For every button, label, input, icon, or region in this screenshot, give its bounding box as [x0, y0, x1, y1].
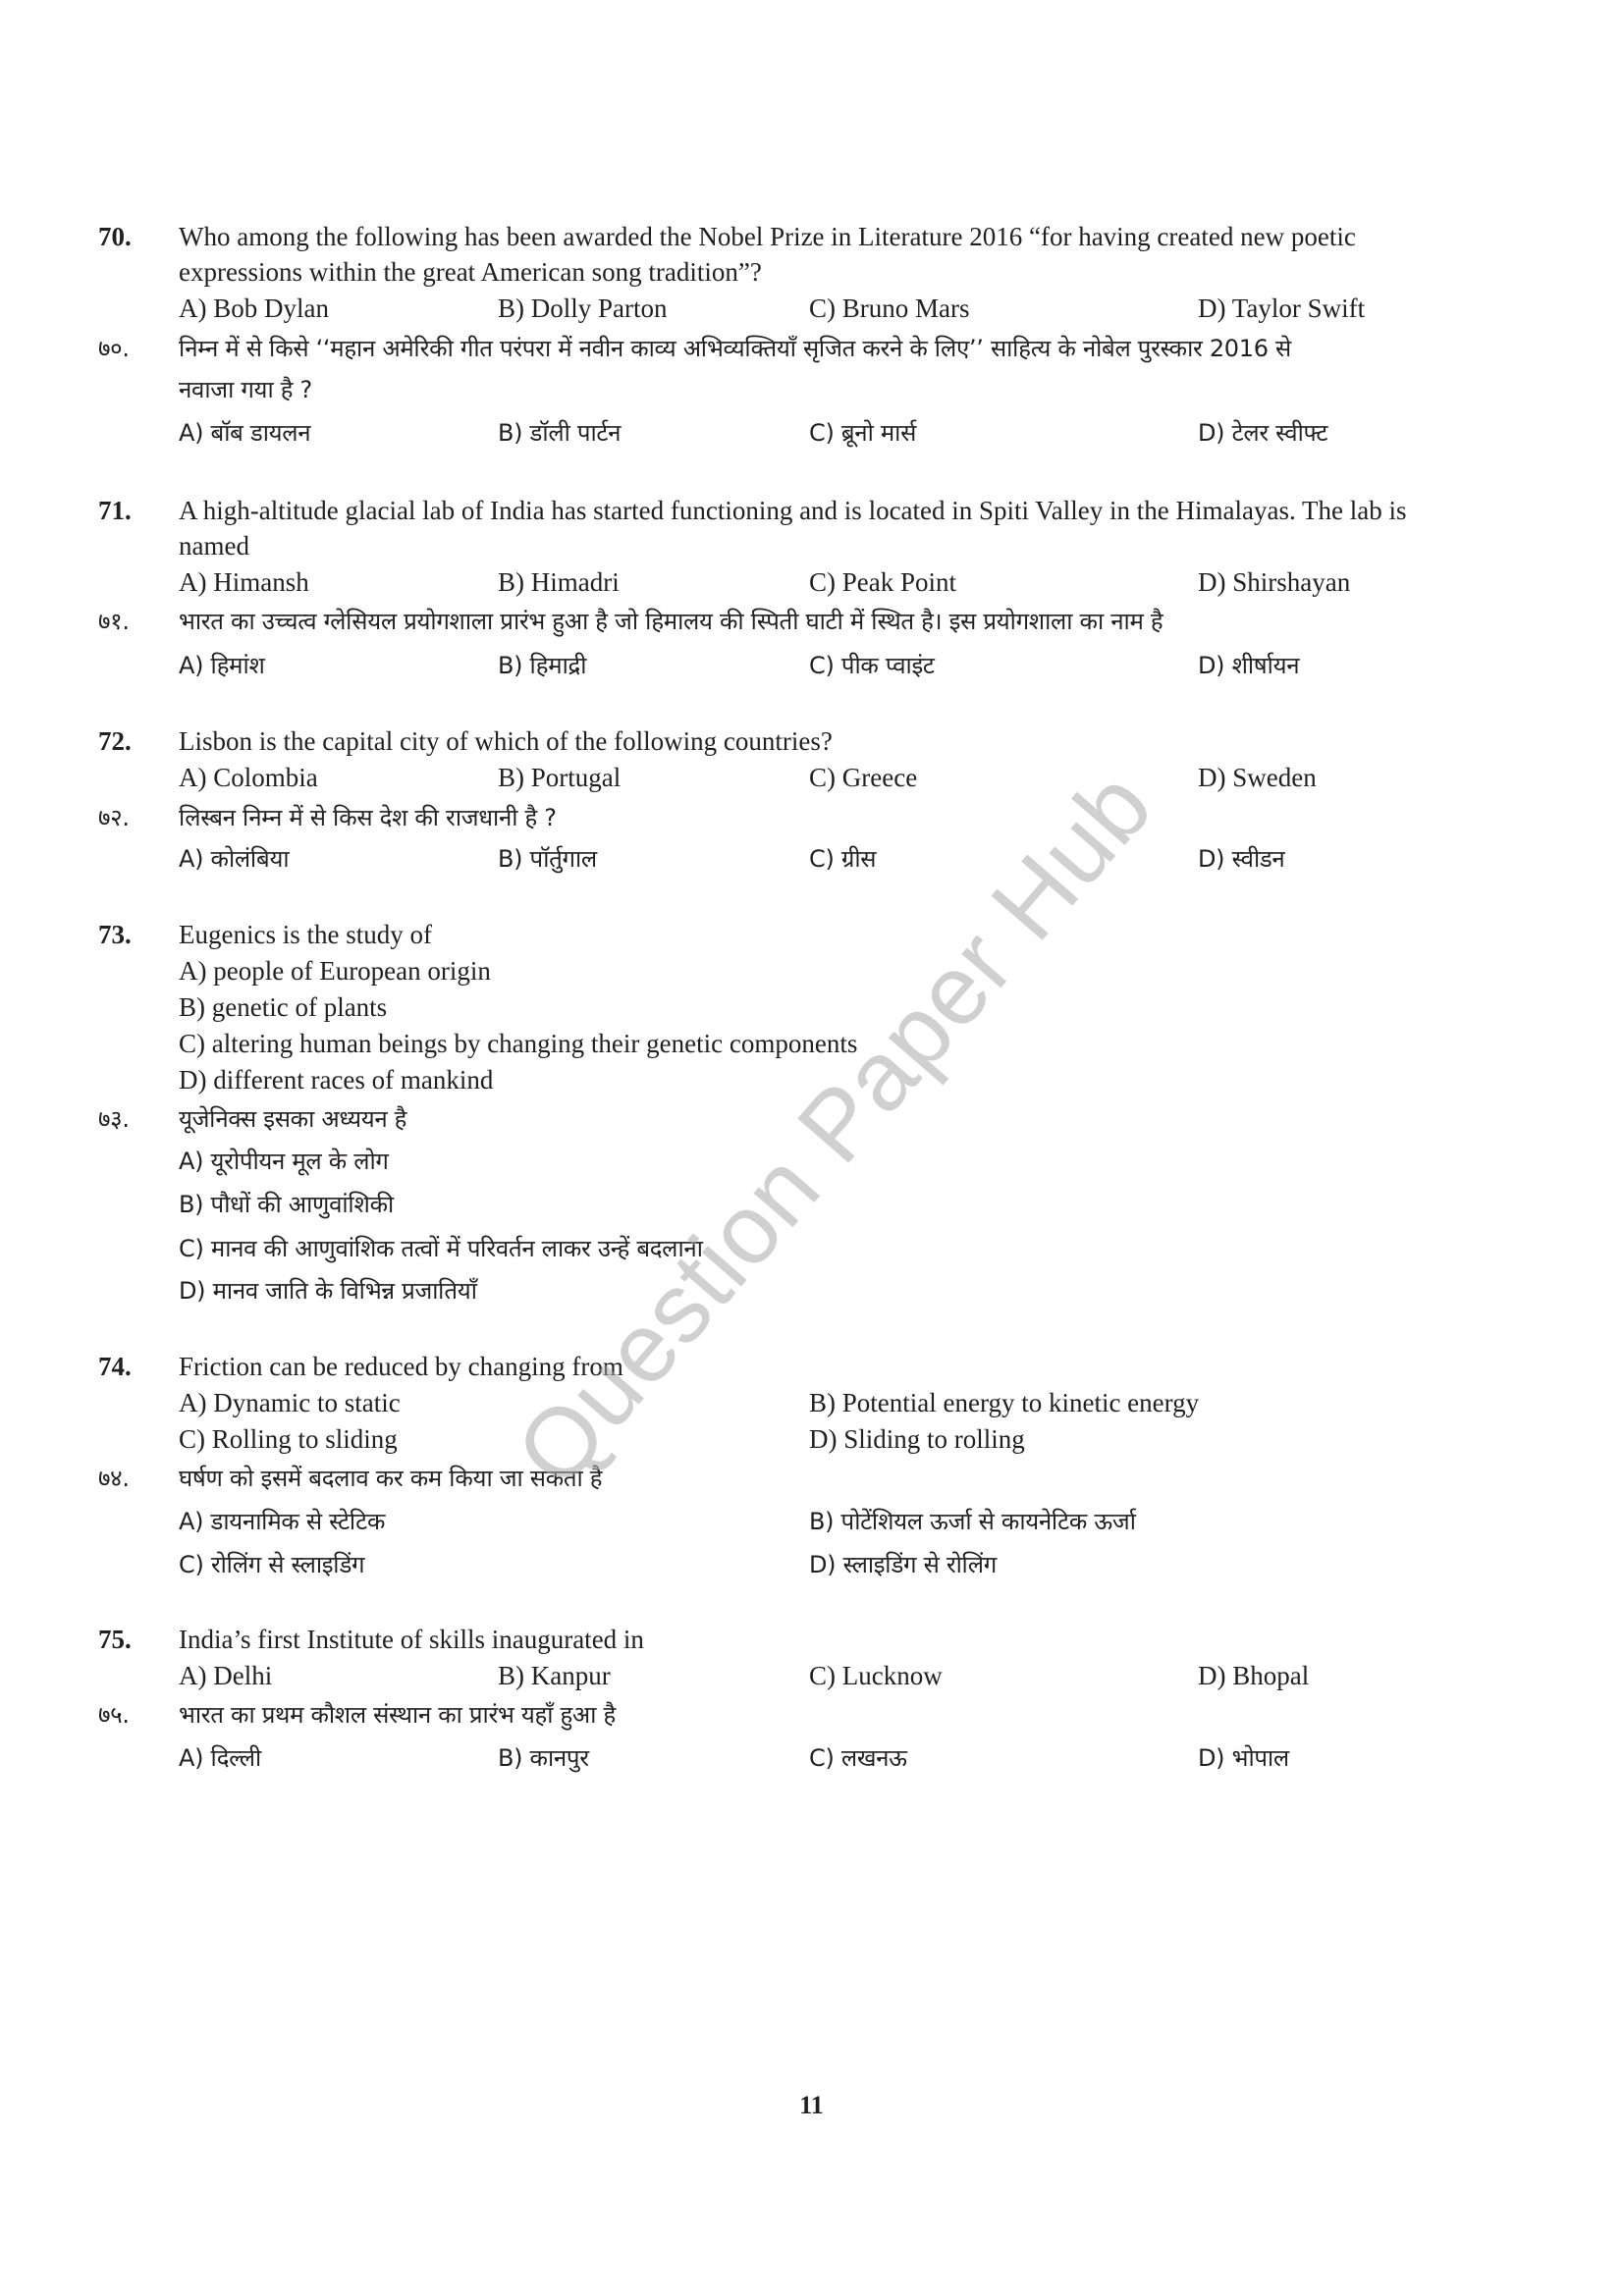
option-c: C) रोलिंग से स्लाइडिंग	[179, 1550, 364, 1579]
question-text: A high-altitude glacial lab of India has…	[179, 496, 1406, 525]
option-a: A) बॉब डायलन	[179, 418, 310, 448]
option-b: B) पौधों की आणुवांशिकी	[179, 1190, 394, 1219]
option-b: B) genetic of plants	[179, 992, 387, 1022]
question-text: भारत का उच्चत्व ग्लेसियल प्रयोगशाला प्रा…	[179, 607, 1163, 636]
question-text: Lisbon is the capital city of which of t…	[179, 726, 833, 756]
option-c: C) altering human beings by changing the…	[179, 1029, 857, 1058]
question-text: named	[179, 531, 249, 561]
option-d: D) different races of mankind	[179, 1065, 493, 1095]
option-d: D) शीर्षायन	[1198, 651, 1299, 680]
option-b: B) डॉली पार्टन	[498, 418, 621, 448]
option-d: D) भोपाल	[1198, 1743, 1289, 1773]
option-d: D) स्वीडन	[1198, 844, 1284, 874]
option-c: C) पीक प्वाइंट	[809, 651, 935, 680]
question-number: ७०.	[98, 334, 130, 363]
option-a: A) Himansh	[179, 567, 309, 597]
question-text: निम्न में से किसे ‘‘महान अमेरिकी गीत परं…	[179, 334, 1291, 363]
question-number: 70.	[98, 222, 132, 251]
question-number: ७३.	[98, 1104, 130, 1134]
option-b: B) पॉर्तुगाल	[498, 844, 597, 874]
option-a: A) Dynamic to static	[179, 1388, 401, 1417]
option-b: B) Kanpur	[498, 1661, 611, 1690]
option-c: C) ग्रीस	[809, 844, 876, 874]
option-c: C) Rolling to sliding	[179, 1424, 398, 1454]
option-b: B) पोटेंशियल ऊर्जा से कायनेटिक ऊर्जा	[809, 1507, 1136, 1536]
option-b: B) कानपुर	[498, 1743, 589, 1773]
question-number: ७५.	[98, 1700, 130, 1730]
option-a: A) हिमांश	[179, 651, 264, 680]
option-c: C) ब्रूनो मार्स	[809, 418, 916, 448]
page-number: 11	[0, 2091, 1623, 2120]
option-a: A) यूरोपीयन मूल के लोग	[179, 1147, 389, 1176]
option-a: A) डायनामिक से स्टेटिक	[179, 1507, 385, 1536]
question-text: expressions within the great American so…	[179, 257, 762, 287]
option-a: A) कोलंबिया	[179, 844, 289, 874]
option-a: A) Colombia	[179, 763, 318, 792]
question-text: नवाजा गया है ?	[179, 375, 312, 404]
option-a: A) दिल्ली	[179, 1743, 261, 1773]
option-d: D) Sweden	[1198, 763, 1317, 792]
option-d: D) Taylor Swift	[1198, 294, 1365, 323]
option-c: C) Lucknow	[809, 1661, 943, 1690]
option-a: A) Delhi	[179, 1661, 272, 1690]
option-c: C) Bruno Mars	[809, 294, 970, 323]
option-d: D) टेलर स्वीफ्ट	[1198, 418, 1327, 448]
question-text: India’s first Institute of skills inaugu…	[179, 1625, 644, 1654]
question-text: घर्षण को इसमें बदलाव कर कम किया जा सकता …	[179, 1464, 602, 1493]
question-number: ७४.	[98, 1464, 130, 1493]
option-d: D) Bhopal	[1198, 1661, 1309, 1690]
option-c: C) Greece	[809, 763, 917, 792]
option-b: B) Himadri	[498, 567, 620, 597]
question-number: 71.	[98, 496, 132, 525]
option-d: D) Sliding to rolling	[809, 1424, 1025, 1454]
question-number: ७१.	[98, 607, 130, 636]
option-b: B) Portugal	[498, 763, 621, 792]
question-number: 72.	[98, 726, 132, 756]
question-text: Friction can be reduced by changing from	[179, 1352, 623, 1381]
option-a: A) Bob Dylan	[179, 294, 329, 323]
option-d: D) मानव जाति के विभिन्न प्रजातियाँ	[179, 1276, 477, 1306]
question-number: ७२.	[98, 803, 130, 832]
question-text: Eugenics is the study of	[179, 920, 432, 949]
question-number: 74.	[98, 1352, 132, 1381]
question-number: 75.	[98, 1625, 132, 1654]
question-text: भारत का प्रथम कौशल संस्थान का प्रारंभ यह…	[179, 1700, 616, 1730]
question-text: Who among the following has been awarded…	[179, 222, 1356, 251]
option-d: D) स्लाइडिंग से रोलिंग	[809, 1550, 997, 1579]
option-c: C) Peak Point	[809, 567, 956, 597]
question-text: लिस्बन निम्न में से किस देश की राजधानी ह…	[179, 803, 557, 832]
option-a: A) people of European origin	[179, 956, 491, 986]
option-b: B) Dolly Parton	[498, 294, 668, 323]
option-b: B) हिमाद्री	[498, 651, 586, 680]
option-b: B) Potential energy to kinetic energy	[809, 1388, 1199, 1417]
option-c: C) मानव की आणुवांशिक तत्वों में परिवर्तन…	[179, 1234, 703, 1263]
question-text: यूजेनिक्स इसका अध्ययन है	[179, 1104, 406, 1134]
question-number: 73.	[98, 920, 132, 949]
option-c: C) लखनऊ	[809, 1743, 907, 1773]
option-d: D) Shirshayan	[1198, 567, 1350, 597]
